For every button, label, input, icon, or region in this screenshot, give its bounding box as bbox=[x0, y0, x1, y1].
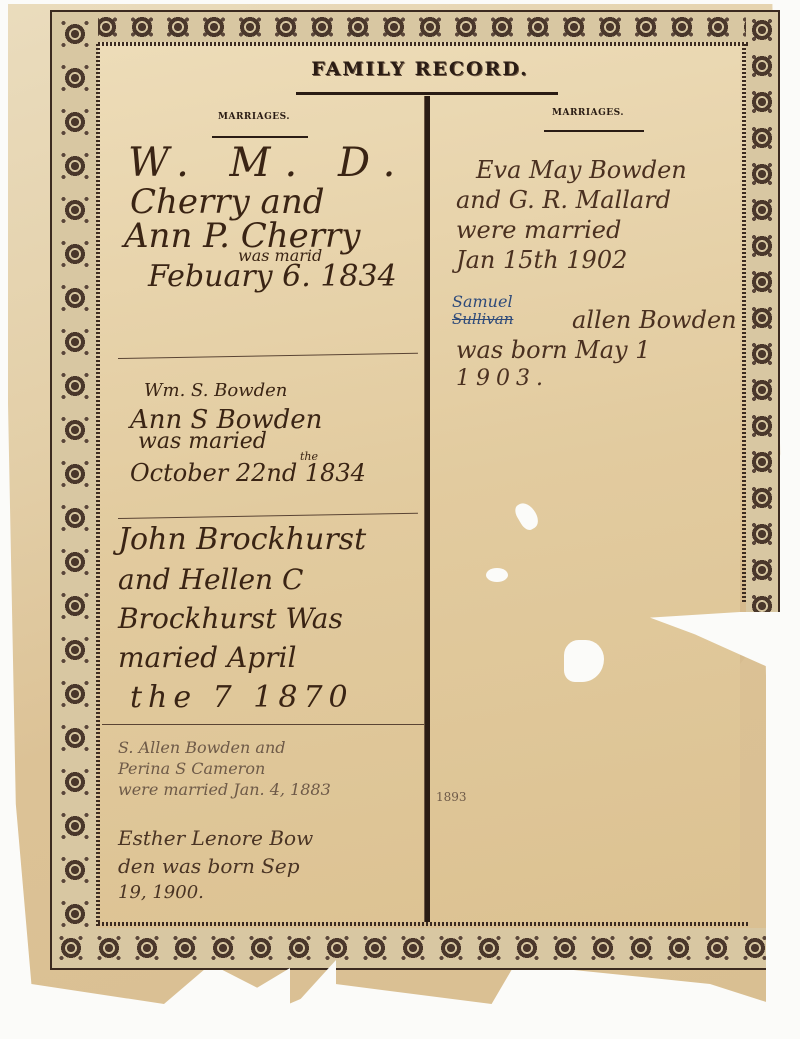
marriage-entry-cherry: W. M. D. Cherry and Ann P. Cherry was ma… bbox=[118, 140, 409, 294]
column-divider bbox=[424, 96, 430, 922]
marriage-entry-bowden-mallard: Eva May Bowden and G. R. Mallard were ma… bbox=[456, 156, 687, 274]
entry-line: W. M. D. bbox=[128, 140, 409, 186]
entry-line: John Brockhurst bbox=[118, 522, 366, 557]
birth-entry-allen-bowden: allen Bowden was born May 1 1903. bbox=[456, 306, 737, 391]
entry-line: Perina S Cameron bbox=[118, 759, 331, 778]
entry-line: and Hellen C bbox=[118, 563, 366, 596]
paper-tear bbox=[486, 568, 508, 582]
paper-tear-bottom bbox=[0, 1004, 800, 1039]
margin-note-year: 1893 bbox=[436, 790, 467, 804]
right-heading-rule bbox=[544, 130, 644, 132]
page-title: FAMILY RECORD. bbox=[100, 58, 740, 80]
entry-line: October 22nd 1834 bbox=[130, 459, 366, 487]
entry-line: S. Allen Bowden and bbox=[118, 738, 331, 757]
paper-tear-edge bbox=[766, 620, 800, 1039]
dotted-rule-right bbox=[742, 42, 746, 602]
right-column-heading: MARRIAGES. bbox=[552, 108, 624, 118]
entry-line: maried April bbox=[118, 641, 366, 674]
title-underline bbox=[296, 92, 558, 95]
entry-line: allen Bowden bbox=[572, 306, 737, 334]
left-column-heading: MARRIAGES. bbox=[218, 112, 290, 122]
entry-line: Wm. S. Bowden bbox=[144, 380, 366, 401]
entry-line: den was born Sep bbox=[118, 854, 313, 878]
entry-line: were married bbox=[456, 216, 687, 244]
ornamental-border-right bbox=[746, 12, 778, 612]
entry-line: and G. R. Mallard bbox=[456, 186, 687, 214]
ornamental-border-bottom bbox=[52, 928, 778, 968]
ornamental-border-top bbox=[52, 12, 778, 42]
entry-line: the 7 1870 bbox=[130, 680, 366, 715]
entry-line: Brockhurst Was bbox=[118, 602, 366, 635]
entry-line: was born May 1 bbox=[456, 336, 737, 364]
left-heading-rule bbox=[212, 136, 308, 138]
marriage-entry-bowden-1834: Wm. S. Bowden Ann S Bowden was maried th… bbox=[130, 380, 366, 487]
marriage-entry-brockhurst: John Brockhurst and Hellen C Brockhurst … bbox=[118, 522, 366, 715]
entry-separator bbox=[102, 724, 424, 725]
birth-entry-esther: Esther Lenore Bow den was born Sep 19, 1… bbox=[118, 826, 313, 903]
dotted-rule-bottom bbox=[98, 922, 748, 926]
entry-line: Jan 15th 1902 bbox=[456, 246, 687, 274]
ornamental-border-left bbox=[52, 12, 98, 966]
entry-line: were married Jan. 4, 1883 bbox=[118, 780, 331, 799]
marriage-entry-bowden-cameron: S. Allen Bowden and Perina S Cameron wer… bbox=[118, 738, 331, 799]
entry-line: 1903. bbox=[456, 366, 737, 391]
entry-line: Eva May Bowden bbox=[476, 156, 687, 184]
entry-line: 19, 1900. bbox=[118, 882, 313, 903]
entry-line: Esther Lenore Bow bbox=[118, 826, 313, 850]
entry-line: Febuary 6. 1834 bbox=[148, 259, 409, 294]
